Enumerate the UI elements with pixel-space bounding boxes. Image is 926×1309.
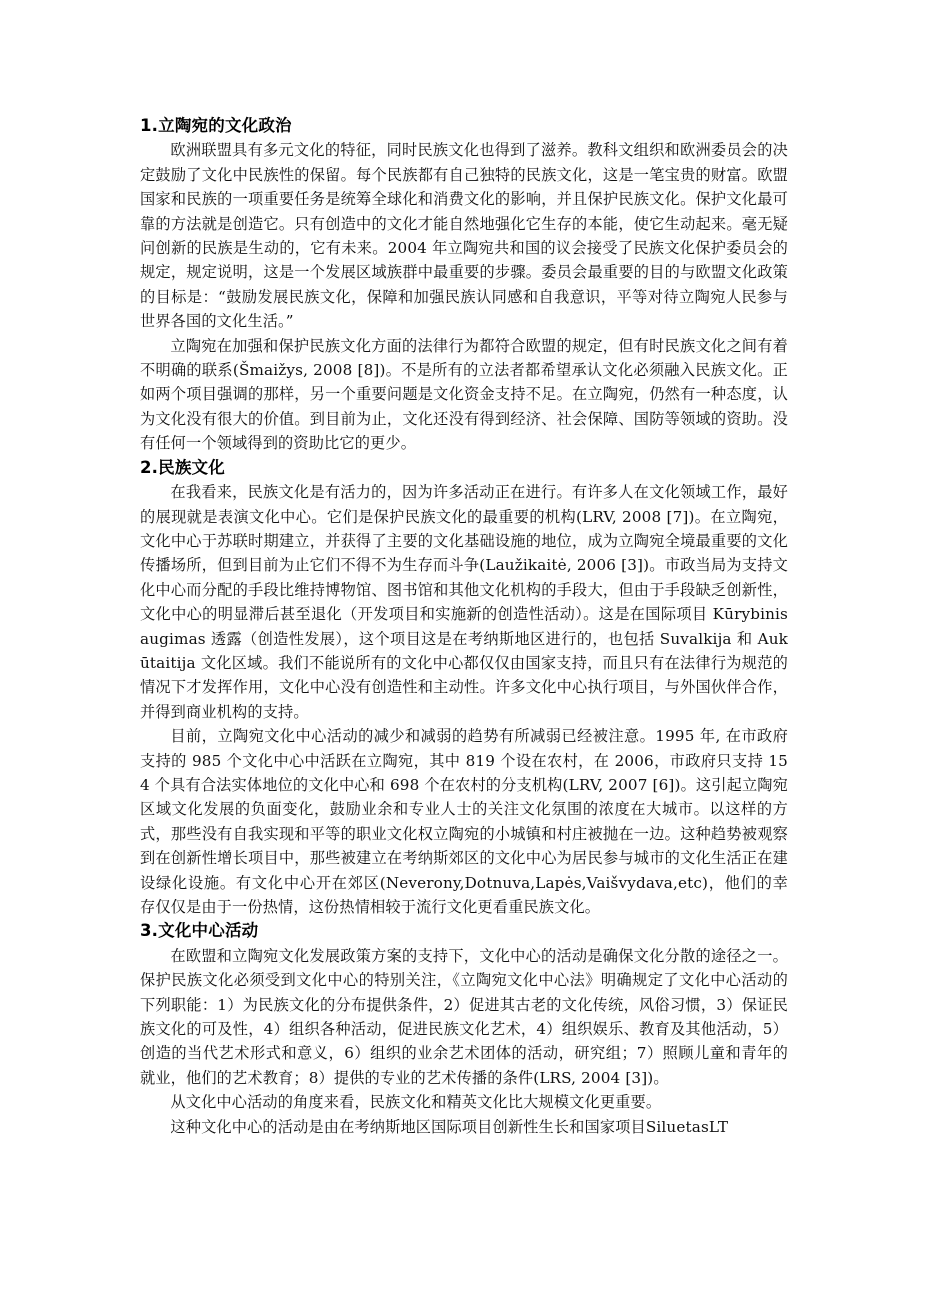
paragraph: 目前，立陶宛文化中心活动的减少和减弱的趋势有所减弱已经被注意。1995 年, 在…	[140, 724, 788, 919]
section-cultural-center-activities: 3.文化中心活动 在欧盟和立陶宛文化发展政策方案的支持下，文化中心的活动是确保文…	[140, 919, 788, 1139]
section-cultural-politics: 1.立陶宛的文化政治 欧洲联盟具有多元文化的特征，同时民族文化也得到了滋养。教科…	[140, 114, 788, 456]
paragraph: 欧洲联盟具有多元文化的特征，同时民族文化也得到了滋养。教科文组织和欧洲委员会的决…	[140, 138, 788, 333]
section-heading: 2.民族文化	[140, 456, 788, 480]
section-national-culture: 2.民族文化 在我看来，民族文化是有活力的，因为许多活动正在进行。有许多人在文化…	[140, 456, 788, 920]
document-page: 1.立陶宛的文化政治 欧洲联盟具有多元文化的特征，同时民族文化也得到了滋养。教科…	[140, 114, 788, 1139]
paragraph: 立陶宛在加强和保护民族文化方面的法律行为都符合欧盟的规定，但有时民族文化之间有着…	[140, 334, 788, 456]
section-heading: 3.文化中心活动	[140, 919, 788, 943]
paragraph: 从文化中心活动的角度来看，民族文化和精英文化比大规模文化更重要。	[140, 1090, 788, 1114]
section-heading: 1.立陶宛的文化政治	[140, 114, 788, 138]
paragraph: 在我看来，民族文化是有活力的，因为许多活动正在进行。有许多人在文化领域工作，最好…	[140, 480, 788, 724]
paragraph: 在欧盟和立陶宛文化发展政策方案的支持下，文化中心的活动是确保文化分散的途径之一。…	[140, 944, 788, 1090]
paragraph: 这种文化中心的活动是由在考纳斯地区国际项目创新性生长和国家项目SiluetasL…	[140, 1115, 788, 1139]
